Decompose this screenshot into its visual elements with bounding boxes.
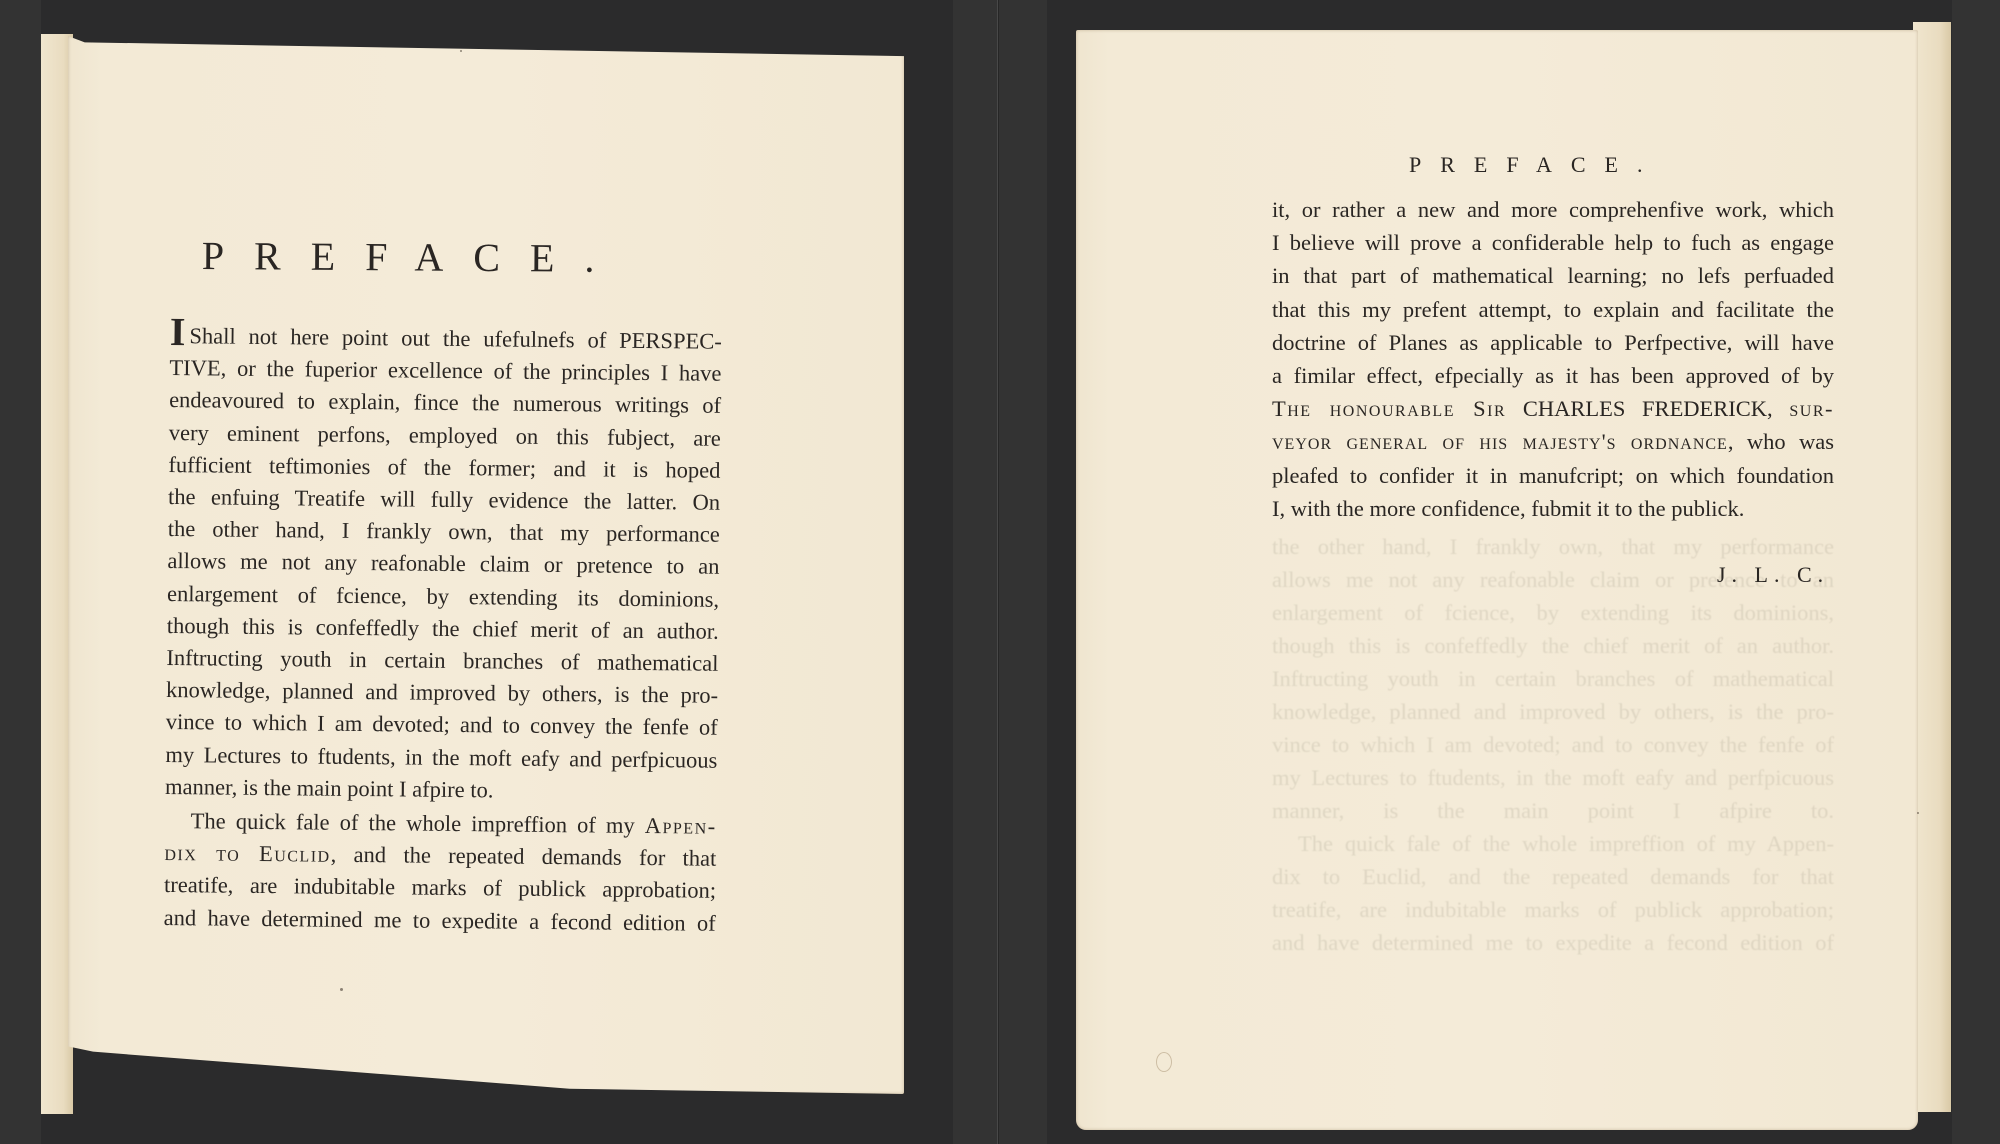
ghost-line: treatife, are indubitable marks of publi… bbox=[1272, 893, 1834, 926]
right-page-body: it, or rather a new and more comprehenfi… bbox=[1272, 193, 1834, 525]
text-line: it, or rather a new and more comprehenfi… bbox=[1272, 193, 1834, 226]
text-line: a fimilar effect, efpecially as it has b… bbox=[1272, 359, 1834, 392]
ghost-line: manner, is the main point I afpire to. bbox=[1272, 794, 1834, 827]
text-line: , who was bbox=[1728, 429, 1834, 454]
ghost-line: dix to Euclid, and the repeated demands … bbox=[1272, 860, 1834, 893]
right-page-panel: the other hand, I frankly own, that my p… bbox=[999, 0, 2000, 1144]
ghost-line: knowledge, planned and improved by other… bbox=[1272, 695, 1834, 728]
ghost-line: enlargement of fcience, by extending its… bbox=[1272, 596, 1834, 629]
ghost-line: the other hand, I frankly own, that my p… bbox=[1272, 530, 1834, 563]
text-line: manner, is the main point I afpire to. bbox=[165, 771, 717, 809]
paper-stain bbox=[1156, 1052, 1172, 1072]
ghost-line: my Lectures to ftudents, in the moft eaf… bbox=[1272, 761, 1834, 794]
show-through-text: the other hand, I frankly own, that my p… bbox=[1272, 530, 1834, 959]
text-line: and have determined me to expedite a fec… bbox=[164, 902, 716, 940]
left-page-body: IShall not here point out the ufefulnefs… bbox=[164, 318, 722, 940]
text-line: treatife, are indubitable marks of publi… bbox=[164, 869, 716, 907]
small-caps-text: The honourable Sir bbox=[1272, 396, 1506, 421]
small-caps-text: dix to Euclid bbox=[164, 840, 331, 867]
paper-speck bbox=[340, 988, 343, 991]
paper-speck bbox=[460, 50, 462, 52]
left-page-panel: PREFACE. IShall not here point out the u… bbox=[0, 0, 997, 1144]
text-line: Shall not here point out the ufefulnefs … bbox=[189, 323, 722, 354]
paragraph-1: IShall not here point out the ufefulnefs… bbox=[165, 318, 722, 809]
small-caps-text: Appen- bbox=[645, 813, 717, 839]
text-line: endeavoured to explain, fince the numero… bbox=[169, 384, 721, 422]
ghost-line: though this is confeffedly the chief mer… bbox=[1272, 629, 1834, 662]
small-caps-text: sur- bbox=[1789, 396, 1834, 421]
dedicatee-name: CHARLES FREDERICK, bbox=[1506, 396, 1789, 421]
paper-speck bbox=[1917, 812, 1919, 814]
author-signature: J. L. C. bbox=[1717, 562, 1829, 588]
paragraph-continued: it, or rather a new and more comprehenfi… bbox=[1272, 193, 1834, 525]
text-line: that this my prefent attempt, to explain… bbox=[1272, 293, 1834, 326]
ghost-line: and have determined me to expedite a fec… bbox=[1272, 926, 1834, 959]
text-line: , and the repeated demands for that bbox=[331, 842, 717, 871]
page-title: PREFACE. bbox=[202, 232, 625, 282]
text-line: pleafed to confider it in manufcript; on… bbox=[1272, 459, 1834, 492]
text-line: vince to which I am devoted; and to conv… bbox=[166, 706, 718, 744]
ghost-line: Inftructing youth in certain branches of… bbox=[1272, 662, 1834, 695]
text-line: allows me not any reafonable claim or pr… bbox=[167, 545, 719, 583]
paragraph-2: The quick fale of the whole impreffion o… bbox=[164, 805, 717, 940]
running-head: PREFACE. bbox=[1409, 152, 1661, 178]
ghost-line: The quick fale of the whole impreffion o… bbox=[1272, 827, 1834, 860]
small-caps-text: veyor general of his majesty's ordnance bbox=[1272, 429, 1728, 454]
text-line: The quick fale of the whole impreffion o… bbox=[191, 808, 645, 838]
ghost-line: vince to which I am devoted; and to conv… bbox=[1272, 728, 1834, 761]
underlying-leaf-right bbox=[1913, 22, 1951, 1112]
text-line: doctrine of Planes as applicable to Perf… bbox=[1272, 326, 1834, 359]
drop-cap: I bbox=[170, 309, 186, 354]
text-line: I believe will prove a confiderable help… bbox=[1272, 226, 1834, 259]
text-line: I, with the more confidence, fubmit it t… bbox=[1272, 492, 1834, 525]
text-line: in that part of mathematical learning; n… bbox=[1272, 259, 1834, 292]
